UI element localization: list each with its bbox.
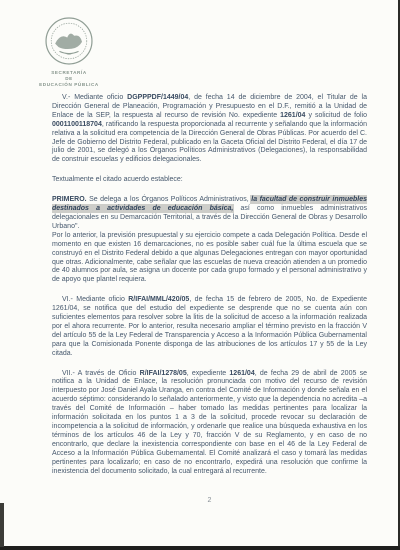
paragraph-primero: PRIMERO. Se delega a los Órganos Polític…: [52, 196, 367, 232]
text-run: , de fecha 29 de abril de 2005 se notifi…: [52, 370, 367, 475]
text-run: Por lo anterior, la previsión presupuest…: [52, 232, 367, 284]
text-run: 0001100118704: [52, 121, 102, 128]
mexican-national-seal-icon: [43, 15, 95, 67]
page-number: 2: [52, 497, 367, 506]
scan-edge-bottom: [0, 546, 400, 550]
text-run: 1261/04: [229, 370, 254, 377]
text-run: VI.- Mediante oficio: [62, 296, 128, 303]
text-run: 1261/04: [280, 112, 305, 119]
letterhead: SECRETARÍA DE EDUCACIÓN PÚBLICA: [34, 15, 104, 89]
text-run: Textualmente el citado acuerdo establece…: [52, 176, 183, 183]
paragraph-por-lo-anterior: Por lo anterior, la previsión presupuest…: [52, 232, 367, 285]
paragraph-vii: VII.- A través de Oficio R/IFAI/1278/05,…: [52, 370, 367, 477]
text-run: y solicitud de folio: [305, 112, 367, 119]
scan-shadow-bottom-left: [0, 503, 4, 547]
text-run: V.- Mediante oficio: [62, 94, 127, 101]
document-body: V.- Mediante oficio DGPPPDF/1449/04, de …: [52, 94, 367, 506]
paragraph-vi: VI.- Mediante oficio R/IFAI/MML/420/05, …: [52, 296, 367, 358]
text-run: , expediente: [187, 370, 230, 377]
text-run: PRIMERO.: [52, 196, 87, 203]
org-name-line-3: EDUCACIÓN PÚBLICA: [34, 82, 104, 88]
paragraph-v: V.- Mediante oficio DGPPPDF/1449/04, de …: [52, 94, 367, 165]
paragraph-textualmente: Textualmente el citado acuerdo establece…: [52, 176, 367, 185]
text-run: R/IFAI/MML/420/05: [128, 296, 189, 303]
text-run: R/IFAI/1278/05: [140, 370, 187, 377]
text-run: , de fecha 15 de febrero de 2005, No. de…: [52, 296, 367, 356]
scanned-document-page: SECRETARÍA DE EDUCACIÓN PÚBLICA V.- Medi…: [0, 0, 400, 550]
text-run: DGPPPDF/1449/04: [127, 94, 188, 101]
text-run: VII.- A través de Oficio: [62, 370, 140, 377]
text-run: Se delega a los Órganos Políticos Admini…: [87, 196, 252, 203]
